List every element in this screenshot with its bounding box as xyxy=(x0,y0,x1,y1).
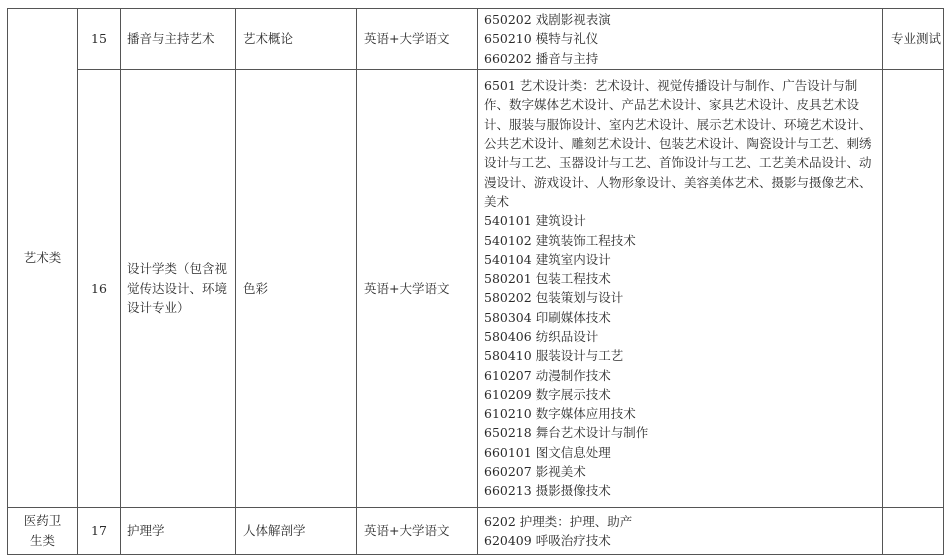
related-majors-cell: 6202 护理类：护理、助产 620409 呼吸治疗技术 xyxy=(478,507,883,554)
notes-cell xyxy=(883,507,944,554)
major-cell: 设计学类（包含视觉传达设计、环境设计专业） xyxy=(121,69,236,507)
related-major-item: 6202 护理类：护理、助产 xyxy=(484,512,882,531)
related-major-item: 540102 建筑装饰工程技术 xyxy=(484,231,882,250)
public-subjects-cell: 英语+大学语文 xyxy=(357,69,478,507)
related-major-item: 620409 呼吸治疗技术 xyxy=(484,531,882,550)
related-major-item: 580201 包装工程技术 xyxy=(484,269,882,288)
table-row: 16 设计学类（包含视觉传达设计、环境设计专业） 色彩 英语+大学语文 6501… xyxy=(8,69,944,507)
professional-subject-cell: 艺术概论 xyxy=(236,9,357,70)
number-cell: 17 xyxy=(78,507,121,554)
major-label: 设计学类（包含视觉传达设计、环境设计专业） xyxy=(127,259,227,317)
public-subjects-cell: 英语+大学语文 xyxy=(357,9,478,70)
related-major-item: 610207 动漫制作技术 xyxy=(484,366,882,385)
notes-cell xyxy=(883,69,944,507)
related-majors-cell: 650202 戏剧影视表演 650210 模特与礼仪 660202 播音与主持 xyxy=(478,9,883,70)
major-cell: 护理学 xyxy=(121,507,236,554)
related-major-item: 580410 服装设计与工艺 xyxy=(484,346,882,365)
number-cell: 16 xyxy=(78,69,121,507)
related-major-item: 660101 图文信息处理 xyxy=(484,443,882,462)
related-major-item: 610209 数字展示技术 xyxy=(484,385,882,404)
related-major-item: 540101 建筑设计 xyxy=(484,211,882,230)
related-major-item: 660213 摄影摄像技术 xyxy=(484,481,882,500)
notes-cell: 专业测试 xyxy=(883,9,944,70)
related-major-item: 580406 纺织品设计 xyxy=(484,327,882,346)
related-major-item: 650218 舞台艺术设计与制作 xyxy=(484,423,882,442)
category-cell: 医药卫生类 xyxy=(8,507,78,554)
number-cell: 15 xyxy=(78,9,121,70)
related-major-item: 650202 戏剧影视表演 xyxy=(484,10,882,29)
professional-subject-cell: 色彩 xyxy=(236,69,357,507)
table-row: 艺术类 15 播音与主持艺术 艺术概论 英语+大学语文 650202 戏剧影视表… xyxy=(8,9,944,70)
table-row: 医药卫生类 17 护理学 人体解剖学 英语+大学语文 6202 护理类：护理、助… xyxy=(8,507,944,554)
category-label: 医药卫生类 xyxy=(19,511,67,551)
major-cell: 播音与主持艺术 xyxy=(121,9,236,70)
related-major-item: 580304 印刷媒体技术 xyxy=(484,308,882,327)
related-major-item: 660202 播音与主持 xyxy=(484,49,882,68)
admission-subjects-table: 艺术类 15 播音与主持艺术 艺术概论 英语+大学语文 650202 戏剧影视表… xyxy=(7,8,944,555)
related-major-item: 660207 影视美术 xyxy=(484,462,882,481)
related-major-item: 580202 包装策划与设计 xyxy=(484,288,882,307)
related-majors-cell: 6501 艺术设计类：艺术设计、视觉传播设计与制作、广告设计与制作、数字媒体艺术… xyxy=(478,69,883,507)
public-subjects-cell: 英语+大学语文 xyxy=(357,507,478,554)
related-major-item: 610210 数字媒体应用技术 xyxy=(484,404,882,423)
professional-subject-cell: 人体解剖学 xyxy=(236,507,357,554)
category-cell: 艺术类 xyxy=(8,9,78,508)
related-major-category: 6501 艺术设计类：艺术设计、视觉传播设计与制作、广告设计与制作、数字媒体艺术… xyxy=(484,76,880,211)
related-major-item: 650210 模特与礼仪 xyxy=(484,29,882,48)
category-label: 艺术类 xyxy=(24,250,62,265)
related-major-item: 540104 建筑室内设计 xyxy=(484,250,882,269)
